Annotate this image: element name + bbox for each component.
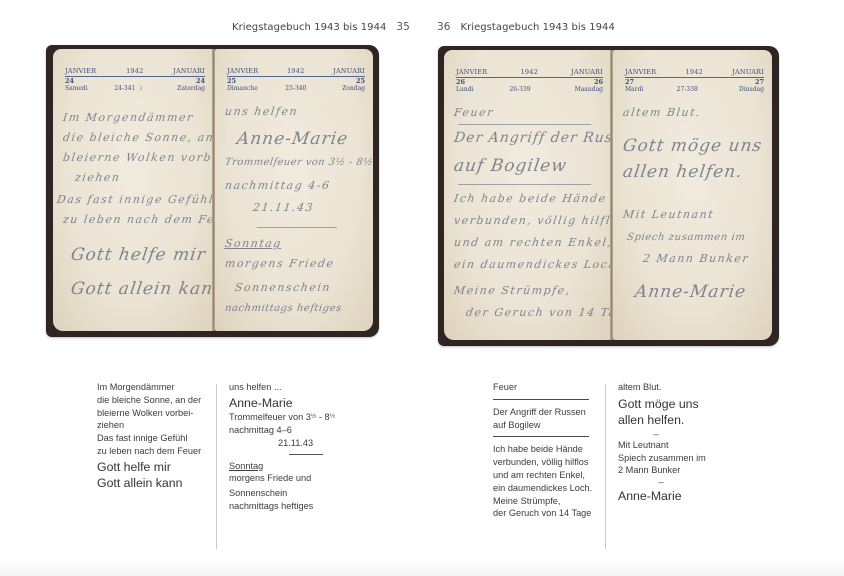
day-number: 25 [356,78,365,85]
text-line: altem Blut. [618,381,728,394]
month-fr: JANVIER [227,67,258,75]
page-number: 35 [396,21,409,33]
text-line: ein daumendickes Loch. [493,482,589,495]
handwriting-line: Feuer [453,106,606,119]
text-line: morgens Friede und [229,472,339,485]
text-line: verbunden, völlig hilflos [493,456,589,469]
year: 1942 [287,67,304,75]
handwriting-line: Sonnenschein [234,281,368,294]
handwriting-line: Anne-Marie [236,129,369,149]
handwriting-line: die bleiche Sonne, an der [62,131,208,144]
handwriting-line: 21.11.43 [252,201,368,214]
month-nl: JANUARI [571,68,603,76]
handwriting-line: zu leben nach dem Feuer [62,213,208,226]
column-divider [605,384,606,549]
divider-rule [493,436,589,437]
year: 1942 [686,68,703,76]
weekday-fr: Lundi [456,86,473,93]
transcription-column-2: uns helfen ... Anne-Marie Trommelfeuer v… [229,381,339,513]
diary-page-24: JANVIER1942JANUARI 2424 Samedi24-341 ☽Za… [53,49,213,331]
handwriting-line: der Geruch von 14 Tage [465,306,606,319]
handwriting-line: Gott allein kann [70,279,209,299]
text-line: Ich habe beide Hände [493,443,589,456]
running-head-right: 36Kriegstagebuch 1943 bis 1944 [437,21,615,33]
weekday-fr: Samedi [65,85,88,92]
running-head-left: Kriegstagebuch 1943 bis 194435 [232,21,410,33]
month-nl: JANUARI [333,67,365,75]
book-title: Kriegstagebuch 1943 bis 1944 [232,22,386,33]
handwriting-line: und am rechten Enkel, [453,236,606,249]
calendar-header: JANVIER1942JANUARI 2727 Mardi27-338Dinsd… [625,68,764,93]
text-line: und am rechten Enkel, [493,469,589,482]
handwriting-line: allen helfen. [622,162,768,182]
emphasized-line: Gott möge uns [618,396,728,413]
text-line: die bleiche Sonne, an der [97,394,209,407]
diary-page-26: JANVIER1942JANUARI 2626 Lundi26-339Maand… [444,50,611,340]
day-number: 27 [625,79,634,86]
text-line: Sonntag [229,460,339,473]
year: 1942 [521,68,538,76]
year: 1942 [126,67,143,75]
text-line: Im Morgendämmer [97,381,209,394]
text-line: bleierne Wolken vorbei- [97,407,209,420]
text-line: Das fast innige Gefühl [97,432,209,445]
weekday-fr: Dimanche [227,85,258,92]
weekday-nl: Zondag [342,85,365,92]
handwriting-line: bleierne Wolken vorbei- [62,151,208,164]
divider-rule [289,454,323,455]
handwriting-line: 2 Mann Bunker [642,252,767,265]
handwriting-line: nachmittags heftiges [224,303,368,314]
handwriting-line: nachmittag 4-6 [224,179,368,192]
handwriting-line: Mit Leutnant [622,208,767,221]
emphasized-line: Gott allein kann [97,475,209,492]
transcription-column-3: Feuer Der Angriff der Russen auf Bogilew… [493,381,589,520]
page-bottom-edge [0,560,844,576]
day-code: 25-340 [285,85,306,92]
day-number: 24 [196,78,205,85]
calendar-header: JANVIER1942JANUARI 2626 Lundi26-339Maand… [456,68,603,93]
day-number: 25 [227,78,236,85]
text-line: Sonnenschein [229,487,339,500]
text-line: zu leben nach dem Feuer [97,445,209,458]
text-line: ziehen [97,419,209,432]
weekday-nl: Maandag [575,86,603,93]
text-line: Mit Leutnant [618,439,728,452]
day-number: 27 [755,79,764,86]
page-number: 36 [437,21,450,33]
handwriting-line: Gott helfe mir [70,245,209,265]
signature: Anne-Marie [618,488,728,505]
date: 21.11.43 [229,437,339,450]
diary-photo-right: JANVIER1942JANUARI 2626 Lundi26-339Maand… [438,46,779,346]
text-line: uns helfen ... [229,381,339,394]
handwriting-line: Sonntag [224,237,368,250]
diary-photo-left: JANVIER1942JANUARI 2424 Samedi24-341 ☽Za… [46,45,379,337]
handwriting-line: auf Bogilew [453,156,607,176]
handwriting-line: ziehen [74,171,208,184]
text-line: Meine Strümpfe, [493,495,589,508]
text-line: Der Angriff der Russen [493,406,589,419]
text-line: Feuer [493,381,589,394]
emphasized-line: Gott helfe mir [97,459,209,476]
handwriting-line: Anne-Marie [634,282,768,302]
text-line: Trommelfeuer von 3½ - 8½ [229,411,339,424]
transcription-column-1: Im Morgendämmer die bleiche Sonne, an de… [97,381,209,492]
handwriting-line: verbunden, völlig hilflos [453,214,606,227]
column-divider [216,384,217,549]
handwriting-line: uns helfen [224,105,368,118]
text-line: nachmittag 4–6 [229,424,339,437]
day-number: 24 [65,78,74,85]
diary-page-27: JANVIER1942JANUARI 2727 Mardi27-338Dinsd… [613,50,772,340]
divider-rule [493,399,589,400]
handwriting-line: Der Angriff der Russen [453,130,606,146]
book-title: Kriegstagebuch 1943 bis 1944 [460,22,614,33]
signature: Anne-Marie [229,395,339,412]
weekday-nl: Zaterdag [177,85,205,92]
month-nl: JANUARI [732,68,764,76]
weekday-nl: Dinsdag [739,86,764,93]
day-number: 26 [594,79,603,86]
text-line: nachmittags heftiges [229,500,339,513]
handwriting-line: Spiech zusammen im [626,232,767,243]
day-code: 24-341 ☽ [114,85,142,92]
month-fr: JANVIER [625,68,656,76]
day-number: 26 [456,79,465,86]
handwriting-line: Ich habe beide Hände [453,192,606,205]
day-code: 27-338 [677,86,698,93]
month-fr: JANVIER [65,67,96,75]
handwriting-line: ein daumendickes Loch. [453,258,606,271]
emphasized-line: allen helfen. [618,412,728,429]
handwriting-line: Im Morgendämmer [62,111,208,124]
dash-separator: – [618,477,704,487]
handwriting-line: Das fast innige Gefühl [56,193,208,206]
handwriting-line: Gott möge uns [622,136,768,156]
handwriting-line: Meine Strümpfe, [453,284,606,297]
text-line: Spiech zusammen im [618,452,728,465]
handwriting-line: altem Blut. [622,106,767,119]
text-line: auf Bogilew [493,419,589,432]
text-line: 2 Mann Bunker [618,464,728,477]
diary-page-25: JANVIER1942JANUARI 2525 Dimanche25-340Zo… [215,49,373,331]
month-nl: JANUARI [173,67,205,75]
calendar-header: JANVIER1942JANUARI 2525 Dimanche25-340Zo… [227,67,365,92]
calendar-header: JANVIER1942JANUARI 2424 Samedi24-341 ☽Za… [65,67,205,92]
text-line: der Geruch von 14 Tage [493,507,589,520]
handwriting-line: Trommelfeuer von 3½ - 8½ [224,157,368,168]
weekday-fr: Mardi [625,86,643,93]
transcription-column-4: altem Blut. Gott möge uns allen helfen. … [618,381,728,505]
day-code: 26-339 [509,86,530,93]
handwriting-line: morgens Friede [224,257,368,270]
dash-separator: – [618,429,694,439]
month-fr: JANVIER [456,68,487,76]
